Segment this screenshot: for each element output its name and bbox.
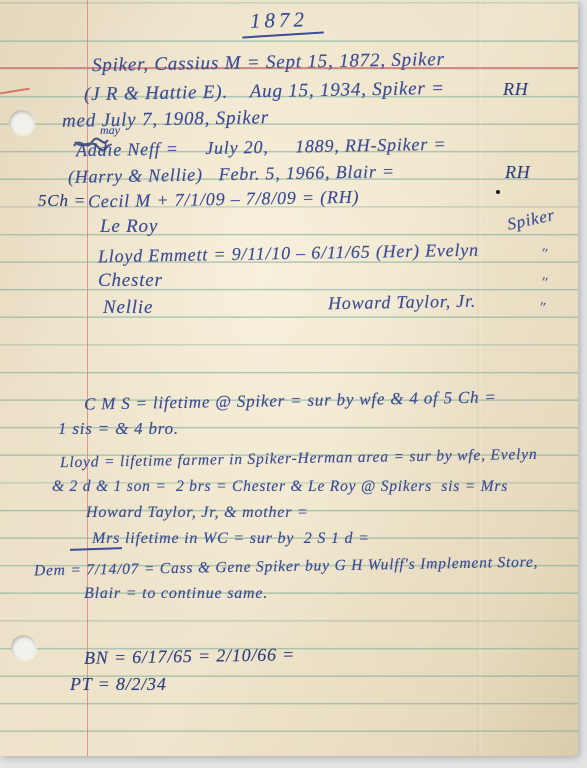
child-chester: Chester xyxy=(98,270,163,292)
notebook-page: 1872 Spiker, Cassius M = Sept 15, 1872, … xyxy=(0,0,578,756)
punch-hole-bottom xyxy=(11,635,36,660)
punch-hole-top xyxy=(9,110,34,135)
children-count-label: 5Ch = xyxy=(38,191,86,211)
note-mrs-lifetime: Mrs lifetime in WC = sur by 2 S 1 d = xyxy=(92,530,370,548)
ink-dot xyxy=(496,190,500,194)
scribble-correction-mark xyxy=(72,134,112,154)
note-blair-continue: Blair = to continue same. xyxy=(84,585,268,603)
child-nellie-spouse: Howard Taylor, Jr. xyxy=(328,291,476,315)
paper-crease xyxy=(477,0,481,756)
margin-note-rh-1: RH xyxy=(503,79,529,100)
ref-bn-dates: BN = 6/17/65 = 2/10/66 = xyxy=(84,644,295,669)
page-title: 1872 xyxy=(250,7,309,34)
margin-note-rh-2: RH xyxy=(505,162,531,183)
ref-pt-date: PT = 8/2/34 xyxy=(70,674,167,695)
child-nellie: Nellie xyxy=(103,297,153,319)
note-taylor-mother: Howard Taylor, Jr, & mother = xyxy=(86,504,309,522)
note-lloyd-survivors: & 2 d & 1 son = 2 brs = Chester & Le Roy… xyxy=(52,478,508,496)
entry-line-marriage: med July 7, 1908, Spiker xyxy=(62,107,269,133)
note-cms-siblings: 1 sis = & 4 bro. xyxy=(58,419,179,439)
child-leroy: Le Roy xyxy=(100,216,158,238)
